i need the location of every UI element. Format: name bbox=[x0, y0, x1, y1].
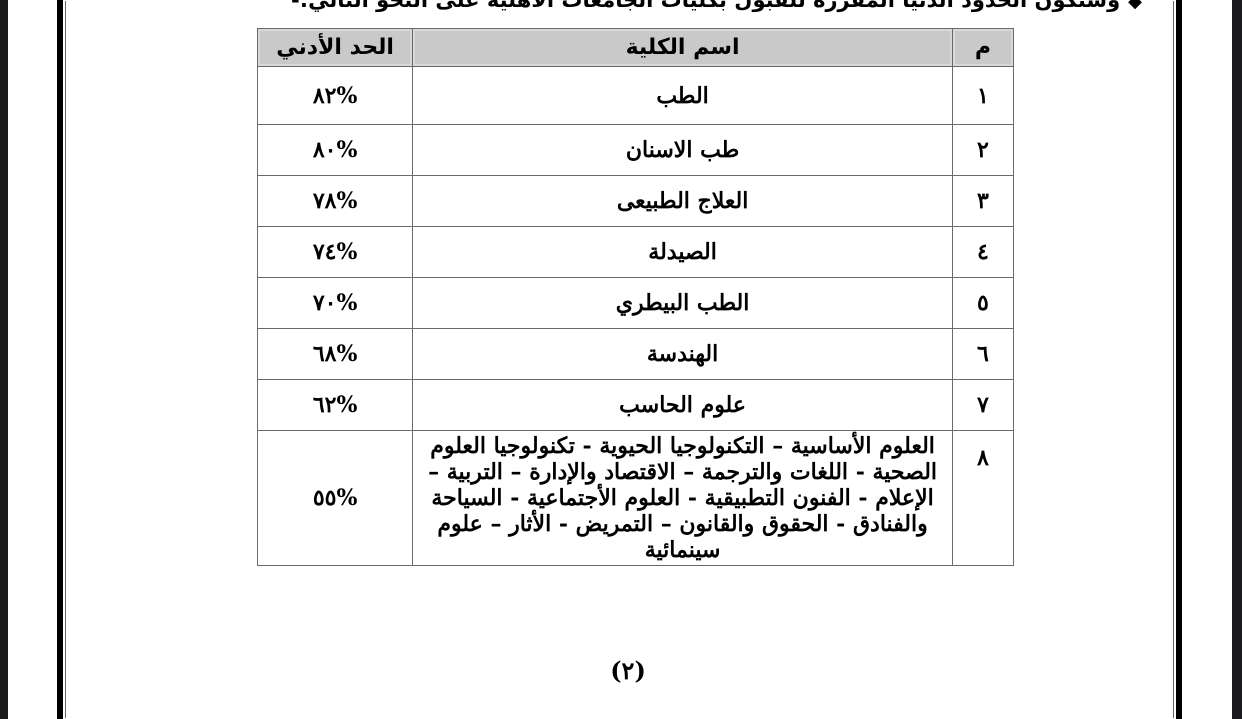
college-name: الهندسة bbox=[413, 329, 953, 380]
header-college-name: اسم الكلية bbox=[413, 29, 953, 67]
minimum-percentage: %٧٤ bbox=[258, 227, 413, 278]
college-name: الصيدلة bbox=[413, 227, 953, 278]
intro-text: وستكون الحدود الدنيا المقررة للقبول بكلي… bbox=[291, 0, 1120, 12]
admission-limits-table: م اسم الكلية الحد الأدني ١ الطب %٨٢ ٢ طب… bbox=[257, 28, 1014, 566]
viewer-edge-right bbox=[1232, 0, 1242, 719]
minimum-percentage: %٧٠ bbox=[258, 278, 413, 329]
college-name: العلاج الطبيعى bbox=[413, 176, 953, 227]
table-row: ٦ الهندسة %٦٨ bbox=[258, 329, 1014, 380]
college-name: الطب البيطري bbox=[413, 278, 953, 329]
row-number: ٢ bbox=[952, 125, 1013, 176]
table-row: ٨ العلوم الأساسية – التكنولوجيا الحيوية … bbox=[258, 431, 1014, 566]
minimum-percentage: %٦٢ bbox=[258, 380, 413, 431]
minimum-percentage: %٧٨ bbox=[258, 176, 413, 227]
row-number: ٦ bbox=[952, 329, 1013, 380]
row-number: ٧ bbox=[952, 380, 1013, 431]
page-number: (٢) bbox=[600, 656, 656, 685]
row-number: ٣ bbox=[952, 176, 1013, 227]
row-number: ٨ bbox=[952, 431, 1013, 566]
table-row: ٥ الطب البيطري %٧٠ bbox=[258, 278, 1014, 329]
header-minimum: الحد الأدني bbox=[258, 29, 413, 67]
table-row: ٣ العلاج الطبيعى %٧٨ bbox=[258, 176, 1014, 227]
row-number: ٥ bbox=[952, 278, 1013, 329]
page-border-left bbox=[57, 0, 63, 719]
minimum-percentage: %٥٥ bbox=[258, 431, 413, 566]
table-row: ١ الطب %٨٢ bbox=[258, 67, 1014, 125]
minimum-percentage: %٨٠ bbox=[258, 125, 413, 176]
header-number: م bbox=[952, 29, 1013, 67]
minimum-percentage: %٨٢ bbox=[258, 67, 413, 125]
table-row: ٢ طب الاسنان %٨٠ bbox=[258, 125, 1014, 176]
minimum-percentage: %٦٨ bbox=[258, 329, 413, 380]
diamond-bullet-icon: ◆ bbox=[1128, 0, 1142, 12]
row-number: ٤ bbox=[952, 227, 1013, 278]
intro-paragraph: ◆وستكون الحدود الدنيا المقررة للقبول بكل… bbox=[242, 0, 1142, 12]
viewer-edge-left bbox=[0, 0, 8, 719]
table-row: ٧ علوم الحاسب %٦٢ bbox=[258, 380, 1014, 431]
college-name-list: العلوم الأساسية – التكنولوجيا الحيوية - … bbox=[413, 431, 953, 566]
table-row: ٤ الصيدلة %٧٤ bbox=[258, 227, 1014, 278]
table-header-row: م اسم الكلية الحد الأدني bbox=[258, 29, 1014, 67]
page-border-right bbox=[1176, 0, 1182, 719]
college-name: طب الاسنان bbox=[413, 125, 953, 176]
college-name: الطب bbox=[413, 67, 953, 125]
row-number: ١ bbox=[952, 67, 1013, 125]
college-name: علوم الحاسب bbox=[413, 380, 953, 431]
